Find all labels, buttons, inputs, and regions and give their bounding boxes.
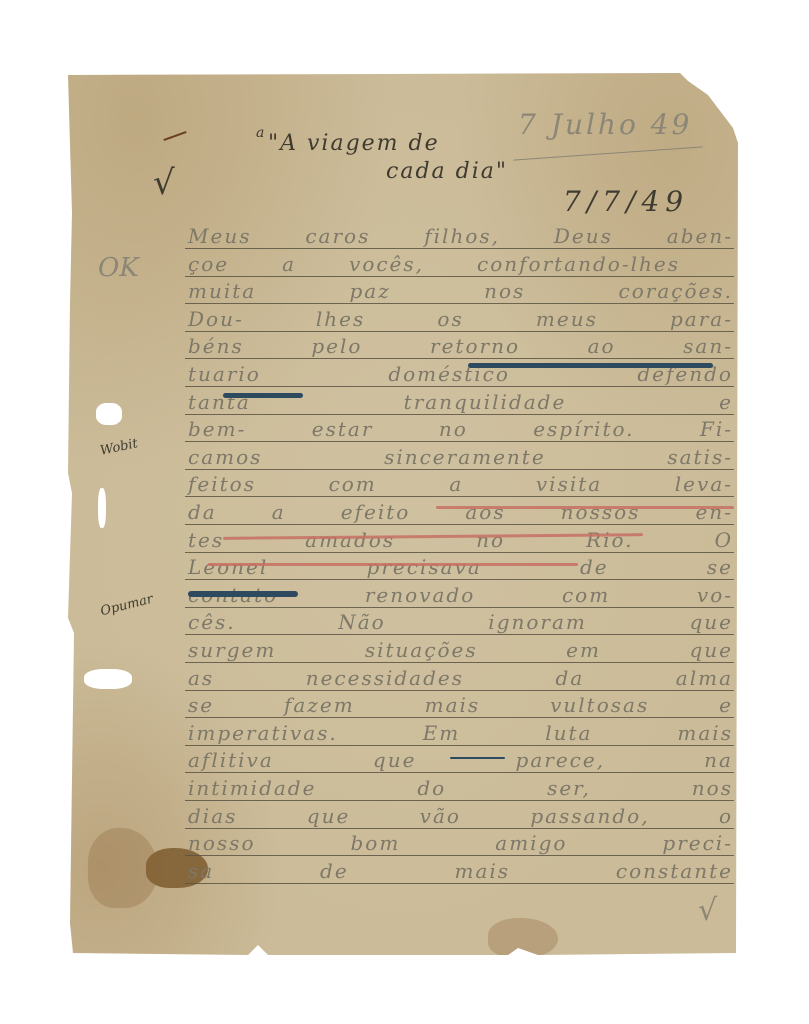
handwritten-line: diasquevãopassando,o: [188, 804, 733, 828]
handwritten-word: lhes: [316, 307, 365, 331]
handwritten-word: paz: [350, 279, 391, 303]
blue-crayon-mark: [223, 393, 303, 398]
handwritten-line: Dou-lhesosmeuspara-: [188, 307, 733, 331]
checkmark-top: √: [153, 163, 175, 203]
ruled-line: [185, 579, 734, 580]
handwritten-word: tes: [188, 528, 224, 552]
handwritten-word: aben-: [667, 224, 733, 248]
handwritten-word: e: [719, 390, 733, 414]
handwritten-word: no: [439, 417, 468, 441]
handwritten-word: surgem: [188, 638, 276, 662]
handwritten-word: sa: [188, 859, 214, 883]
ruled-line: [185, 276, 734, 277]
ruled-line: [185, 828, 734, 829]
handwritten-word: os: [437, 307, 463, 331]
handwritten-line: bem-estarnoespírito.Fi-: [188, 417, 733, 441]
handwritten-word: necessidades: [306, 666, 464, 690]
ruled-line: [185, 745, 734, 746]
handwritten-word: constante: [616, 859, 733, 883]
handwritten-word: béns: [188, 334, 244, 358]
ruled-line: [185, 800, 734, 801]
handwritten-word: Dou-: [188, 307, 244, 331]
handwritten-word: e: [719, 693, 733, 717]
handwritten-line: daaefeitoaosnossosen-: [188, 500, 733, 524]
ruled-line: [185, 414, 734, 415]
ruled-line: [185, 772, 734, 773]
handwritten-line: nossobomamigopreci-: [188, 831, 733, 855]
handwritten-word: caros: [305, 224, 370, 248]
handwritten-word: leva-: [675, 472, 733, 496]
margin-note-ok: OK: [98, 253, 139, 283]
handwritten-word: mais: [677, 721, 733, 745]
handwritten-word: vo-: [697, 583, 733, 607]
handwritten-word: no: [476, 528, 505, 552]
ruled-line: [185, 855, 734, 856]
ruled-line: [185, 248, 734, 249]
handwritten-word: cês.: [188, 610, 236, 634]
handwritten-word: renovado: [365, 583, 475, 607]
margin-note-2: Opumar: [99, 592, 155, 620]
handwritten-word: Leonel: [188, 555, 268, 579]
checkmark-bottom: √: [698, 893, 717, 928]
handwritten-word: Fi-: [700, 417, 733, 441]
handwritten-line: Meuscarosfilhos,Deusaben-: [188, 224, 733, 248]
ruled-line: [185, 303, 734, 304]
handwritten-word: com: [562, 583, 610, 607]
handwritten-word: aos: [465, 500, 505, 524]
handwritten-word: O: [715, 528, 733, 552]
handwritten-word: se: [188, 693, 214, 717]
handwritten-line: feitoscomavisitaleva-: [188, 472, 733, 496]
handwritten-line: imperativas.Emlutamais: [188, 721, 733, 745]
handwritten-line: camossinceramentesatis-: [188, 445, 733, 469]
handwritten-word: precisava: [367, 555, 482, 579]
handwritten-line: sademaisconstante: [188, 859, 733, 883]
ruled-line: [185, 717, 734, 718]
handwritten-word: a: [282, 252, 296, 276]
handwritten-word: a: [449, 472, 463, 496]
ruled-line: [185, 331, 734, 332]
handwritten-word: meus: [536, 307, 598, 331]
handwritten-word: Rio.: [586, 528, 634, 552]
handwritten-line: asnecessidadesdaalma: [188, 666, 733, 690]
handwritten-word: espírito.: [533, 417, 634, 441]
paper-hole: [96, 403, 122, 425]
handwritten-word: nos: [484, 279, 525, 303]
handwritten-word: da: [188, 500, 217, 524]
handwritten-word: satis-: [667, 445, 733, 469]
handwritten-word: pelo: [311, 334, 362, 358]
handwritten-word: feitos: [188, 472, 256, 496]
ruled-line: [185, 496, 734, 497]
handwritten-word: de: [320, 859, 349, 883]
ruled-line: [185, 524, 734, 525]
blue-crayon-mark: [188, 591, 298, 597]
ruled-line: [185, 552, 734, 553]
ruled-line: [185, 358, 734, 359]
handwritten-word: luta: [545, 721, 592, 745]
handwritten-word: Meus: [188, 224, 251, 248]
handwritten-word: as: [188, 666, 214, 690]
handwritten-word: intimidade: [188, 776, 316, 800]
ruled-line: [185, 883, 734, 884]
blue-underline: [450, 757, 505, 759]
handwritten-word: situações: [365, 638, 478, 662]
handwritten-word: çoe: [188, 252, 229, 276]
handwritten-word: bom: [350, 831, 400, 855]
water-stain-bottom: [488, 918, 558, 958]
ruled-line: [185, 634, 734, 635]
ruled-line: [185, 690, 734, 691]
handwritten-word: tuario: [188, 362, 261, 386]
handwritten-word: se: [707, 555, 733, 579]
handwritten-word: visita: [536, 472, 602, 496]
pencil-date: 7 Julho 49: [518, 108, 692, 141]
handwritten-word: Deus: [554, 224, 613, 248]
handwritten-word: que: [373, 748, 417, 772]
handwritten-line: Leonelprecisavadese: [188, 555, 733, 579]
handwritten-word: ignoram: [488, 610, 587, 634]
handwritten-word: ao: [588, 334, 616, 358]
handwritten-word: o: [719, 804, 733, 828]
handwritten-word: que: [689, 610, 733, 634]
document-title-line2: cada dia": [386, 159, 508, 184]
handwritten-word: en-: [695, 500, 732, 524]
handwritten-word: confortando-lhes: [477, 252, 680, 276]
handwritten-word: amados: [305, 528, 395, 552]
handwritten-word: da: [556, 666, 585, 690]
handwritten-line: surgemsituaçõesemque: [188, 638, 733, 662]
blue-crayon-mark: [468, 363, 713, 368]
handwritten-word: preci-: [662, 831, 733, 855]
date-underline: [513, 146, 703, 160]
handwritten-word: que: [689, 638, 733, 662]
handwritten-word: para-: [670, 307, 733, 331]
title-prefix: a: [256, 125, 264, 141]
red-crayon-mark: [436, 506, 734, 509]
handwritten-word: ser,: [547, 776, 591, 800]
paper-hole: [98, 488, 106, 528]
ruled-line: [185, 441, 734, 442]
ruled-line: [185, 386, 734, 387]
handwritten-line: cês.Nãoignoramque: [188, 610, 733, 634]
ink-date: 7/7/49: [563, 185, 689, 218]
handwritten-word: vultosas: [550, 693, 649, 717]
handwritten-word: alma: [676, 666, 733, 690]
handwritten-word: em: [566, 638, 601, 662]
handwritten-word: muita: [188, 279, 256, 303]
brown-mark: [163, 131, 186, 141]
handwritten-word: a: [272, 500, 286, 524]
handwritten-word: amigo: [495, 831, 567, 855]
handwritten-line: çoeavocês,confortando-lhes: [188, 252, 733, 276]
margin-note-1: Wobit: [99, 436, 139, 459]
handwritten-line: tesamadosnoRio.O: [188, 528, 733, 552]
handwritten-word: aflitiva: [188, 748, 274, 772]
handwritten-line: muitapaznoscorações.: [188, 279, 733, 303]
water-stain-soft: [88, 828, 158, 908]
handwritten-line: sefazemmaisvultosase: [188, 693, 733, 717]
handwritten-word: filhos,: [424, 224, 500, 248]
handwritten-word: Em: [423, 721, 461, 745]
handwritten-line: aflitivaqueparece,na: [188, 748, 733, 772]
handwritten-word: dias: [188, 804, 237, 828]
handwritten-word: mais: [425, 693, 481, 717]
handwritten-word: vocês,: [349, 252, 424, 276]
handwritten-line: intimidadedoser,nos: [188, 776, 733, 800]
handwritten-word: nossos: [561, 500, 641, 524]
handwritten-word: bem-: [188, 417, 246, 441]
ruled-line: [185, 607, 734, 608]
handwritten-word: nos: [692, 776, 733, 800]
handwritten-word: camos: [188, 445, 262, 469]
handwritten-word: estar: [312, 417, 374, 441]
handwritten-word: tranquilidade: [404, 390, 567, 414]
handwritten-word: de: [580, 555, 609, 579]
handwritten-word: corações.: [619, 279, 733, 303]
handwritten-word: san-: [683, 334, 733, 358]
handwritten-word: mais: [454, 859, 510, 883]
handwritten-word: fazem: [284, 693, 355, 717]
red-crayon-mark: [208, 563, 578, 566]
paper-hole: [84, 669, 132, 689]
handwritten-word: retorno: [430, 334, 520, 358]
handwritten-word: nosso: [188, 831, 256, 855]
handwritten-word: sinceramente: [384, 445, 546, 469]
letter-page: a "A viagem de cada dia" 7 Julho 49 7/7/…: [68, 73, 738, 955]
handwritten-word: imperativas.: [188, 721, 338, 745]
handwritten-word: efeito: [341, 500, 411, 524]
ruled-line: [185, 662, 734, 663]
handwritten-line: bénspeloretornoaosan-: [188, 334, 733, 358]
handwritten-word: do: [417, 776, 446, 800]
handwritten-word: Não: [338, 610, 385, 634]
handwritten-word: com: [329, 472, 377, 496]
ruled-line: [185, 469, 734, 470]
handwritten-word: na: [704, 748, 733, 772]
handwritten-word: que: [307, 804, 351, 828]
handwritten-word: vão: [420, 804, 461, 828]
handwritten-word: passando,: [530, 804, 649, 828]
handwritten-word: parece,: [516, 748, 606, 772]
document-title: "A viagem de: [268, 131, 440, 156]
